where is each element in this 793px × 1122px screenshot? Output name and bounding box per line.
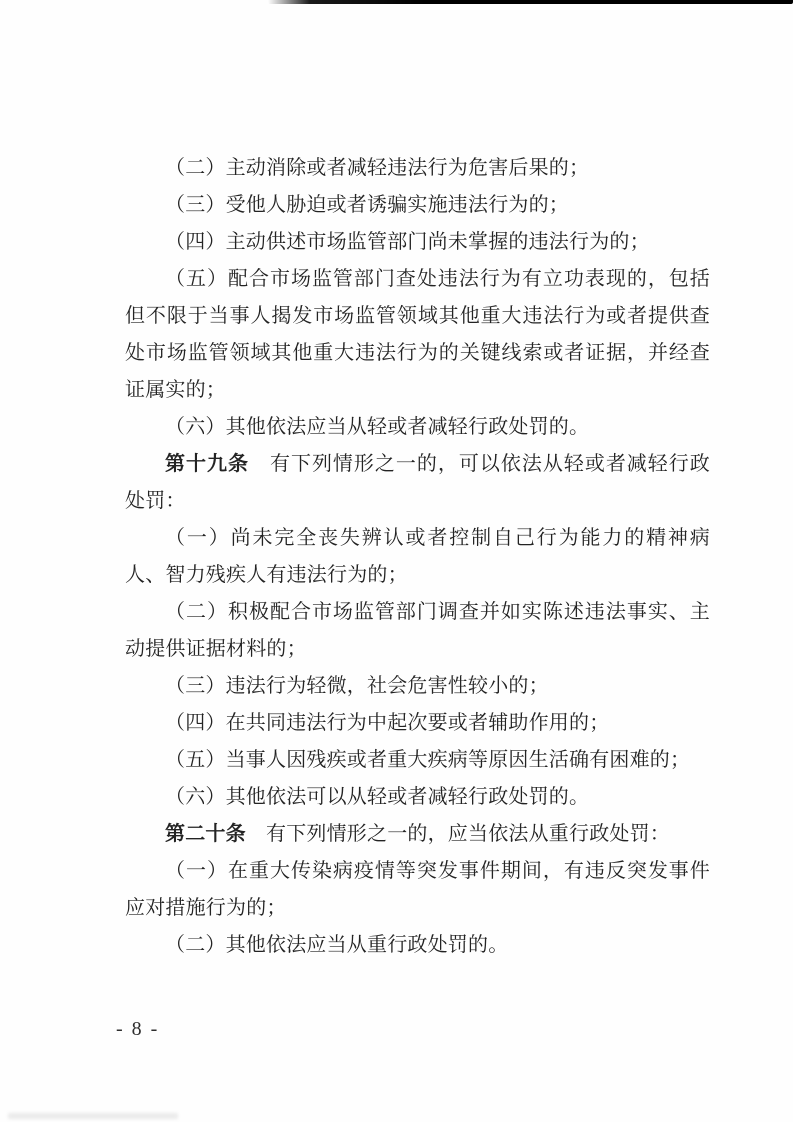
document-body: （二）主动消除或者减轻违法行为危害后果的； （三）受他人胁迫或者诱骗实施违法行为… — [125, 150, 710, 964]
scan-smudge-artifact — [8, 1113, 178, 1119]
paragraph-text: （二）主动消除或者减轻违法行为危害后果的； — [165, 157, 589, 179]
paragraph-item-a20-1: （一）在重大传染病疫情等突发事件期间，有违反突发事件应对措施行为的； — [125, 853, 710, 927]
page-number: - 8 - — [116, 1018, 159, 1041]
scan-edge-artifact — [268, 0, 793, 4]
paragraph-text: （五）配合市场监管部门查处违法行为有立功表现的，包括但不限于当事人揭发市场监管领… — [125, 268, 710, 401]
paragraph-item-4-confess: （四）主动供述市场监管部门尚未掌握的违法行为的； — [125, 224, 710, 261]
paragraph-text: （一）在重大传染病疫情等突发事件期间，有违反突发事件应对措施行为的； — [125, 860, 710, 919]
paragraph-item-a19-4: （四）在共同违法行为中起次要或者辅助作用的； — [125, 705, 710, 742]
article-20-label: 第二十条 — [165, 823, 246, 845]
paragraph-text: （二）其他依法应当从重行政处罚的。 — [165, 934, 508, 956]
paragraph-item-a19-1: （一）尚未完全丧失辨认或者控制自己行为能力的精神病人、智力残疾人有违法行为的； — [125, 520, 710, 594]
paragraph-text: （六）其他依法可以从轻或者减轻行政处罚的。 — [165, 786, 589, 808]
paragraph-item-2-mitigate: （二）主动消除或者减轻违法行为危害后果的； — [125, 150, 710, 187]
article-19-label: 第十九条 — [165, 453, 249, 475]
paragraph-text: （六）其他依法应当从轻或者减轻行政处罚的。 — [165, 416, 589, 438]
paragraph-item-a19-2: （二）积极配合市场监管部门调查并如实陈述违法事实、主动提供证据材料的； — [125, 594, 710, 668]
paragraph-item-3-coerced: （三）受他人胁迫或者诱骗实施违法行为的； — [125, 187, 710, 224]
paragraph-item-a20-2: （二）其他依法应当从重行政处罚的。 — [125, 927, 710, 964]
paragraph-item-6-other-lenient: （六）其他依法应当从轻或者减轻行政处罚的。 — [125, 409, 710, 446]
article-19-heading-paragraph: 第十九条 有下列情形之一的，可以依法从轻或者减轻行政处罚： — [125, 446, 710, 520]
paragraph-text: （四）主动供述市场监管部门尚未掌握的违法行为的； — [165, 231, 650, 253]
paragraph-text: （三）违法行为轻微，社会危害性较小的； — [165, 675, 549, 697]
paragraph-text: （一）尚未完全丧失辨认或者控制自己行为能力的精神病人、智力残疾人有违法行为的； — [125, 527, 710, 586]
paragraph-item-a19-3: （三）违法行为轻微，社会危害性较小的； — [125, 668, 710, 705]
paragraph-item-5-merit: （五）配合市场监管部门查处违法行为有立功表现的，包括但不限于当事人揭发市场监管领… — [125, 261, 710, 409]
paragraph-text: （五）当事人因残疾或者重大疾病等原因生活确有困难的； — [165, 749, 690, 771]
paragraph-text: （三）受他人胁迫或者诱骗实施违法行为的； — [165, 194, 569, 216]
paragraph-text: （二）积极配合市场监管部门调查并如实陈述违法事实、主动提供证据材料的； — [125, 601, 710, 660]
paragraph-text: （四）在共同违法行为中起次要或者辅助作用的； — [165, 712, 609, 734]
paragraph-item-a19-5: （五）当事人因残疾或者重大疾病等原因生活确有困难的； — [125, 742, 710, 779]
document-page: （二）主动消除或者减轻违法行为危害后果的； （三）受他人胁迫或者诱骗实施违法行为… — [0, 0, 793, 1122]
article-20-heading-paragraph: 第二十条 有下列情形之一的，应当依法从重行政处罚： — [125, 816, 710, 853]
paragraph-item-a19-6: （六）其他依法可以从轻或者减轻行政处罚的。 — [125, 779, 710, 816]
paragraph-text: 有下列情形之一的，应当依法从重行政处罚： — [246, 823, 670, 845]
